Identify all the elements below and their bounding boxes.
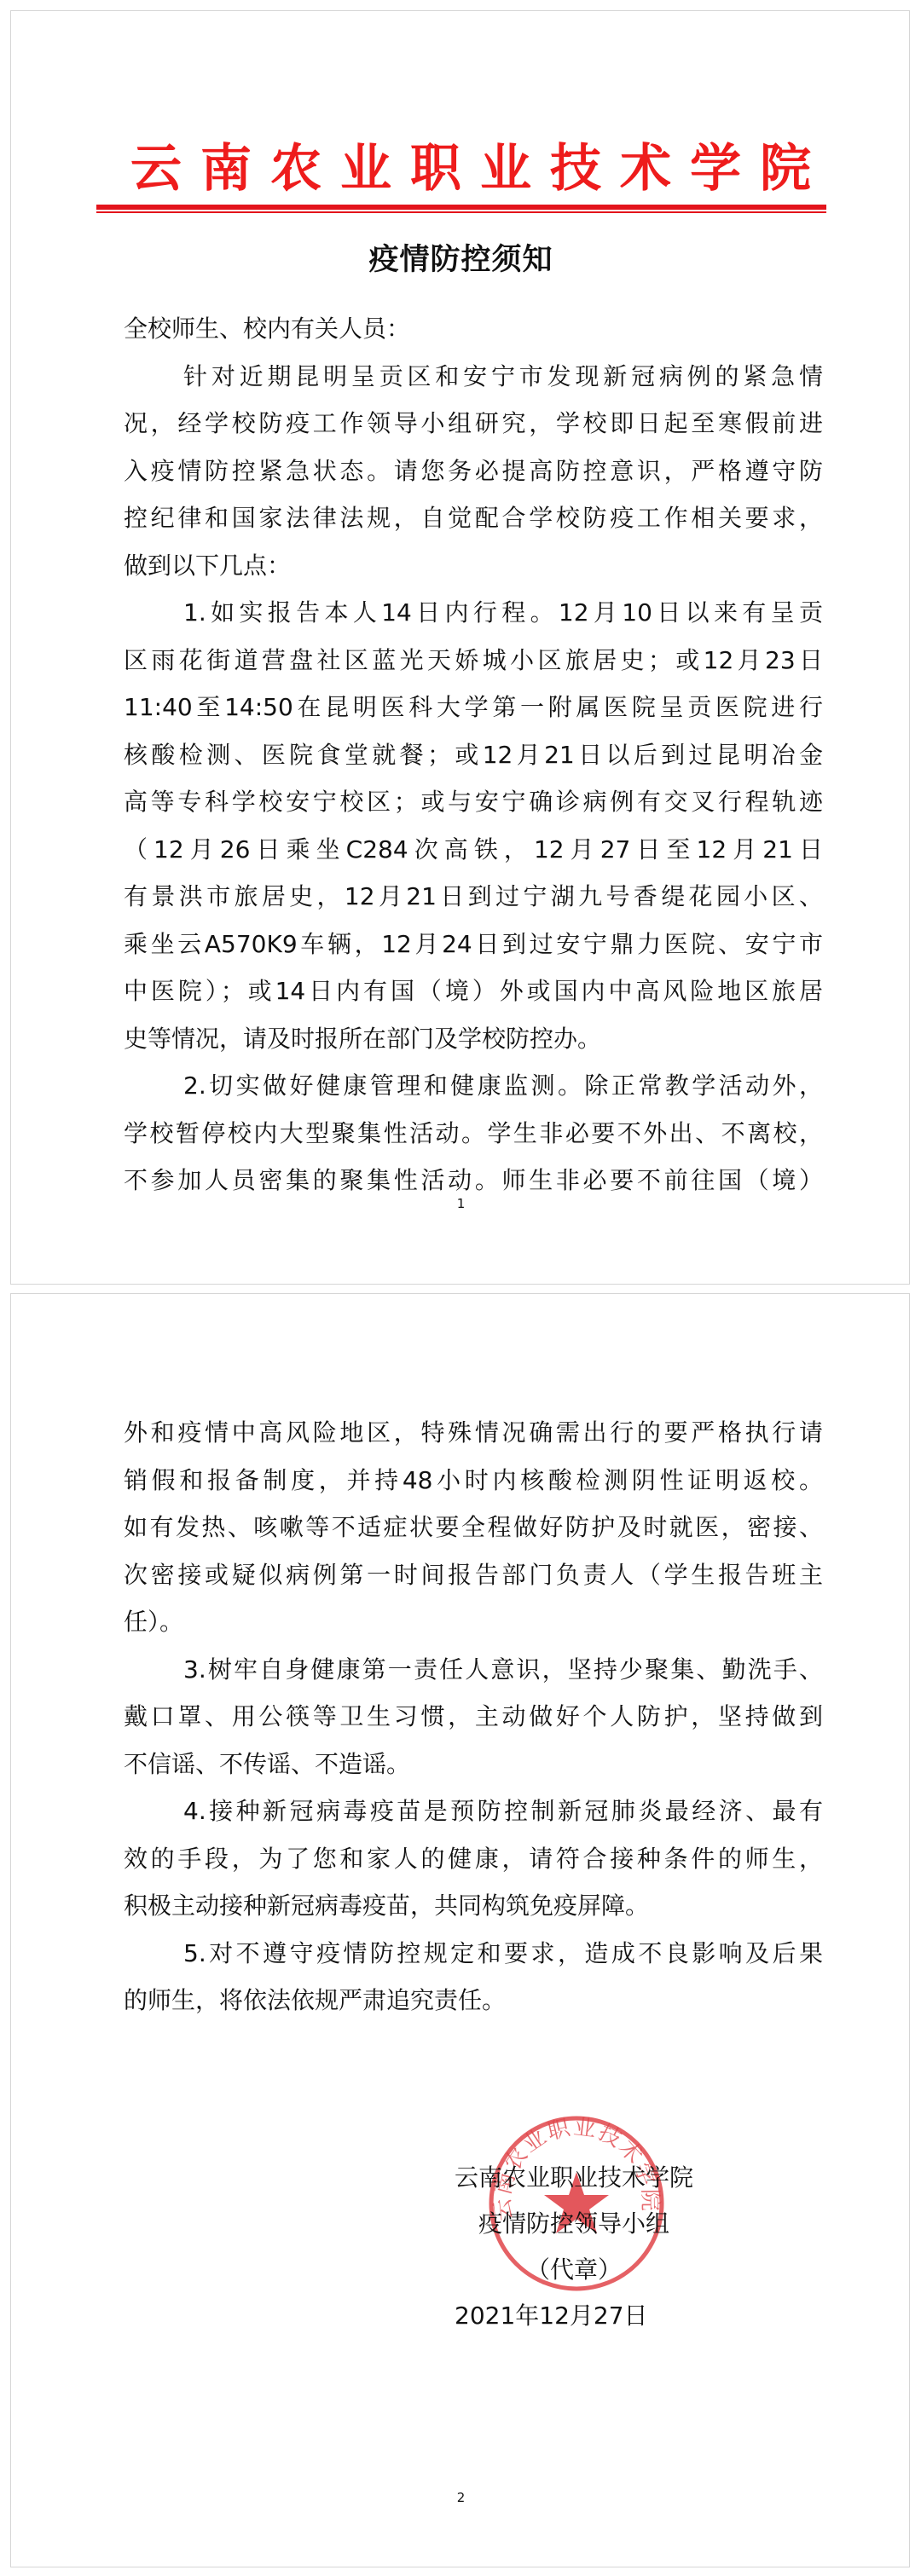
text-line: 2.切实做好健康管理和健康监测。除正常教学活动外， <box>124 1062 823 1110</box>
page1-body: 全校师生、校内有关人员： 针对近期昆明呈贡区和安宁市发现新冠病例的紧急情况，经学… <box>124 305 823 1204</box>
text-line: （12月26日乘坐C284次高铁，12月27日至12月21日 <box>124 826 823 874</box>
signature-group: 疫情防控领导小组 <box>446 2201 702 2247</box>
signature-seal-note: （代章） <box>446 2247 702 2293</box>
institution-letterhead: 云南农业职业技术学院 <box>130 139 804 199</box>
document-page-2: 外和疫情中高风险地区，特殊情况确需出行的要严格执行请销假和报备制度，并持48小时… <box>10 1293 910 2567</box>
text-line: 5.对不遵守疫情防控规定和要求，造成不良影响及后果 <box>124 1930 823 1978</box>
text-line: 针对近期昆明呈贡区和安宁市发现新冠病例的紧急情 <box>124 353 823 401</box>
text-line: 况，经学校防疫工作领导小组研究，学校即日起至寒假前进 <box>124 400 823 448</box>
page2-paragraph-lines: 外和疫情中高风险地区，特殊情况确需出行的要严格执行请销假和报备制度，并持48小时… <box>124 1409 823 2024</box>
page2-body: 外和疫情中高风险地区，特殊情况确需出行的要严格执行请销假和报备制度，并持48小时… <box>124 1409 823 2024</box>
document-page-1: 云南农业职业技术学院 疫情防控须知 全校师生、校内有关人员： 针对近期昆明呈贡区… <box>10 10 910 1285</box>
text-line: 高等专科学校安宁校区；或与安宁确诊病例有交叉行程轨迹 <box>124 778 823 826</box>
signature-date: 2021年12月27日 <box>446 2293 702 2339</box>
text-line: 的师生，将依法依规严肃追究责任。 <box>124 1977 823 2024</box>
signature-block: 云南农业职业技术学院 疫情防控领导小组 （代章） 2021年12月27日 <box>446 2155 702 2339</box>
text-line: 入疫情防控紧急状态。请您务必提高防控意识，严格遵守防 <box>124 448 823 495</box>
text-line: 次密接或疑似病例第一时间报告部门负责人（学生报告班主 <box>124 1551 823 1599</box>
text-line: 4.接种新冠病毒疫苗是预防控制新冠肺炎最经济、最有 <box>124 1788 823 1835</box>
page1-paragraph-lines: 针对近期昆明呈贡区和安宁市发现新冠病例的紧急情况，经学校防疫工作领导小组研究，学… <box>124 353 823 1204</box>
letterhead-divider-thick <box>96 205 826 210</box>
signature-organization: 云南农业职业技术学院 <box>446 2155 702 2201</box>
text-line: 如有发热、咳嗽等不适症状要全程做好防护及时就医，密接、 <box>124 1504 823 1551</box>
text-line: 戴口罩、用公筷等卫生习惯，主动做好个人防护，坚持做到 <box>124 1693 823 1741</box>
page-number: 2 <box>11 2490 911 2505</box>
text-line: 控纪律和国家法律法规，自觉配合学校防疫工作相关要求， <box>124 494 823 542</box>
text-line: 积极主动接种新冠病毒疫苗，共同构筑免疫屏障。 <box>124 1882 823 1930</box>
text-line: 有景洪市旅居史，12月21日到过宁湖九号香缇花园小区、 <box>124 873 823 921</box>
text-line: 任）。 <box>124 1598 823 1646</box>
text-line: 区雨花街道营盘社区蓝光天娇城小区旅居史；或12月23日 <box>124 637 823 684</box>
text-line: 中医院）；或14日内有国（境）外或国内中高风险地区旅居 <box>124 967 823 1015</box>
text-line: 3.树牢自身健康第一责任人意识，坚持少聚集、勤洗手、 <box>124 1646 823 1694</box>
salutation: 全校师生、校内有关人员： <box>124 305 823 353</box>
document-title: 疫情防控须知 <box>11 243 911 277</box>
text-line: 学校暂停校内大型聚集性活动。学生非必要不外出、不离校， <box>124 1110 823 1158</box>
text-line: 核酸检测、医院食堂就餐；或12月21日以后到过昆明冶金 <box>124 731 823 779</box>
text-line: 外和疫情中高风险地区，特殊情况确需出行的要严格执行请 <box>124 1409 823 1457</box>
text-line: 1.如实报告本人14日内行程。12月10日以来有呈贡 <box>124 589 823 637</box>
text-line: 效的手段，为了您和家人的健康，请符合接种条件的师生， <box>124 1835 823 1883</box>
text-line: 做到以下几点： <box>124 542 823 590</box>
text-line: 史等情况，请及时报所在部门及学校防控办。 <box>124 1015 823 1063</box>
text-line: 销假和报备制度，并持48小时内核酸检测阴性证明返校。 <box>124 1457 823 1505</box>
letterhead-divider-thin <box>96 211 826 213</box>
page-number: 1 <box>11 1196 911 1211</box>
text-line: 11:40至14:50在昆明医科大学第一附属医院呈贡医院进行 <box>124 684 823 731</box>
text-line: 不信谣、不传谣、不造谣。 <box>124 1741 823 1788</box>
text-line: 乘坐云A570K9车辆，12月24日到过安宁鼎力医院、安宁市 <box>124 921 823 968</box>
